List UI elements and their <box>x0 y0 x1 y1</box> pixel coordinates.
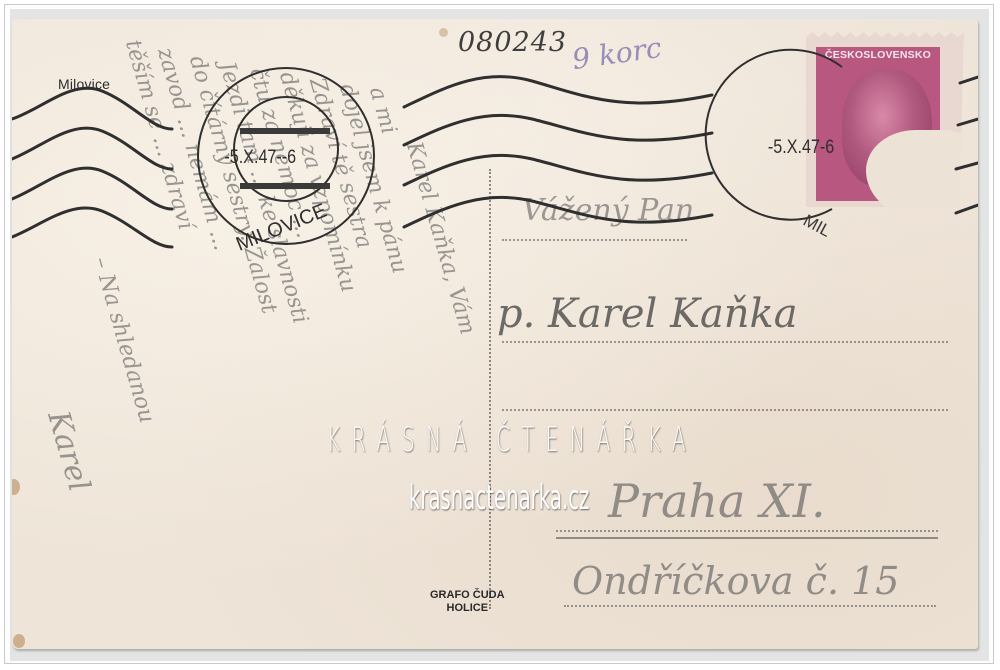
svg-text:MIL: MIL <box>800 211 834 241</box>
watermark-url: krasnactenarka.cz <box>209 478 789 518</box>
printer-town: HOLICE <box>430 602 505 615</box>
printer-mark: GRAFO ČUDA HOLICE <box>430 589 505 615</box>
printer-name: GRAFO ČUDA <box>430 589 505 602</box>
postmark-date: -5.X.47-6 <box>768 137 834 159</box>
svg-text:MILOVICE: MILOVICE <box>233 200 330 256</box>
postal-cancellations: MILOVICE MIL <box>12 19 978 649</box>
postcard: a mi dojel jsem k pánu Zdraví tě sestra … <box>12 19 978 649</box>
watermark-title: KRÁSNÁ ČTENÁŘKA <box>200 420 812 460</box>
postmark-date: -5.X.47--6 <box>224 147 296 169</box>
